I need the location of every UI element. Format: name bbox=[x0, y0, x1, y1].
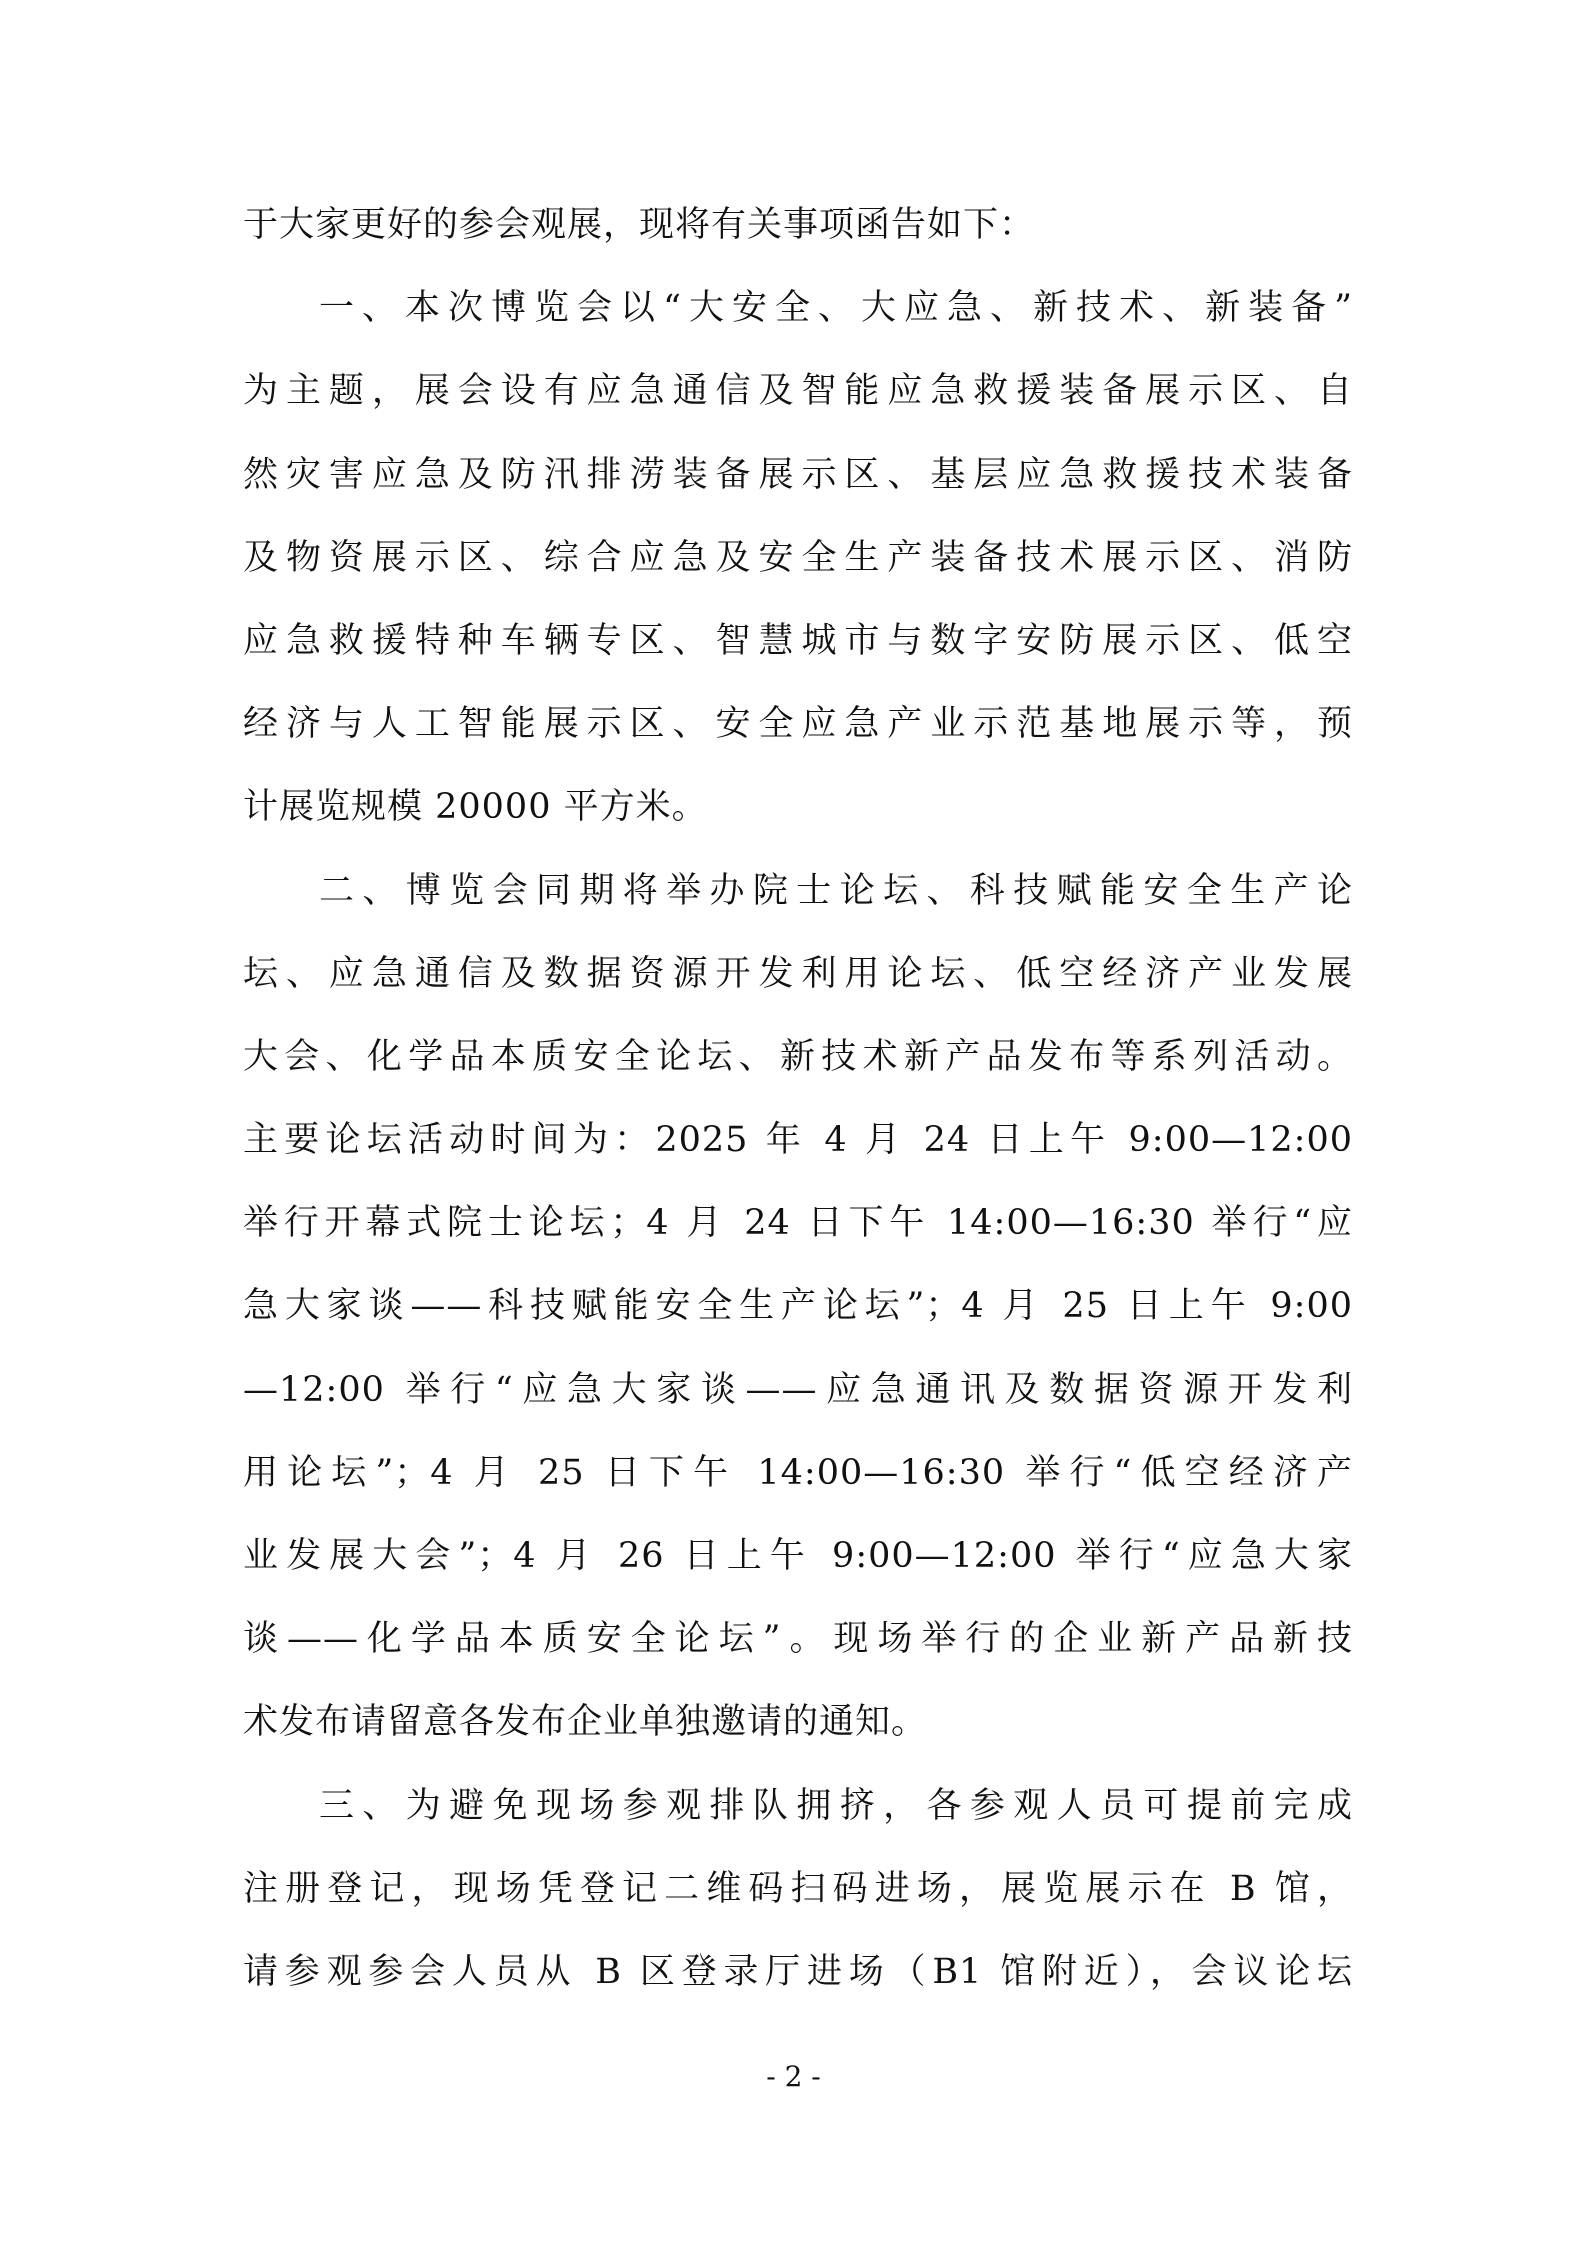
text-line: 急大家谈——科技赋能安全生产论坛”；4 月 25 日上午 9:00 bbox=[243, 1271, 1353, 1354]
text-line: 术发布请留意各发布企业单独邀请的通知。 bbox=[243, 1687, 1353, 1770]
text-line: 二、博览会同期将举办院士论坛、科技赋能安全生产论 bbox=[243, 856, 1353, 939]
text-line: 谈——化学品本质安全论坛”。现场举行的企业新产品新技 bbox=[243, 1604, 1353, 1687]
text-line: 应急救援特种车辆专区、智慧城市与数字安防展示区、低空 bbox=[243, 606, 1353, 689]
text-line: 大会、化学品本质安全论坛、新技术新产品发布等系列活动。 bbox=[243, 1022, 1353, 1105]
text-line: 用论坛”；4 月 25 日下午 14:00—16:30 举行“低空经济产 bbox=[243, 1438, 1353, 1521]
text-line: 业发展大会”；4 月 26 日上午 9:00—12:00 举行“应急大家 bbox=[243, 1521, 1353, 1604]
text-line: 请参观参会人员从 B 区登录厅进场（B1 馆附近），会议论坛 bbox=[243, 1937, 1353, 2020]
text-line: 经济与人工智能展示区、安全应急产业示范基地展示等，预 bbox=[243, 689, 1353, 772]
text-line: 为主题，展会设有应急通信及智能应急救援装备展示区、自 bbox=[243, 356, 1353, 439]
document-page: 于大家更好的参会观展，现将有关事项函告如下： 一、本次博览会以“大安全、大应急、… bbox=[0, 0, 1587, 2245]
document-body: 于大家更好的参会观展，现将有关事项函告如下： 一、本次博览会以“大安全、大应急、… bbox=[243, 190, 1353, 2020]
text-line: 计展览规模 20000 平方米。 bbox=[243, 772, 1353, 855]
text-line: 注册登记，现场凭登记二维码扫码进场，展览展示在 B 馆， bbox=[243, 1854, 1353, 1937]
text-line: 三、为避免现场参观排队拥挤，各参观人员可提前完成 bbox=[243, 1771, 1353, 1854]
text-line: 坛、应急通信及数据资源开发利用论坛、低空经济产业发展 bbox=[243, 939, 1353, 1022]
text-line: 举行开幕式院士论坛；4 月 24 日下午 14:00—16:30 举行“应 bbox=[243, 1188, 1353, 1271]
text-line: 主要论坛活动时间为：2025 年 4 月 24 日上午 9:00—12:00 bbox=[243, 1105, 1353, 1188]
page-number: - 2 - bbox=[0, 2060, 1587, 2093]
text-line: 于大家更好的参会观展，现将有关事项函告如下： bbox=[243, 190, 1353, 273]
text-line: 然灾害应急及防汛排涝装备展示区、基层应急救援技术装备 bbox=[243, 440, 1353, 523]
text-line: 一、本次博览会以“大安全、大应急、新技术、新装备” bbox=[243, 273, 1353, 356]
text-line: 及物资展示区、综合应急及安全生产装备技术展示区、消防 bbox=[243, 523, 1353, 606]
text-line: —12:00 举行“应急大家谈——应急通讯及数据资源开发利 bbox=[243, 1355, 1353, 1438]
